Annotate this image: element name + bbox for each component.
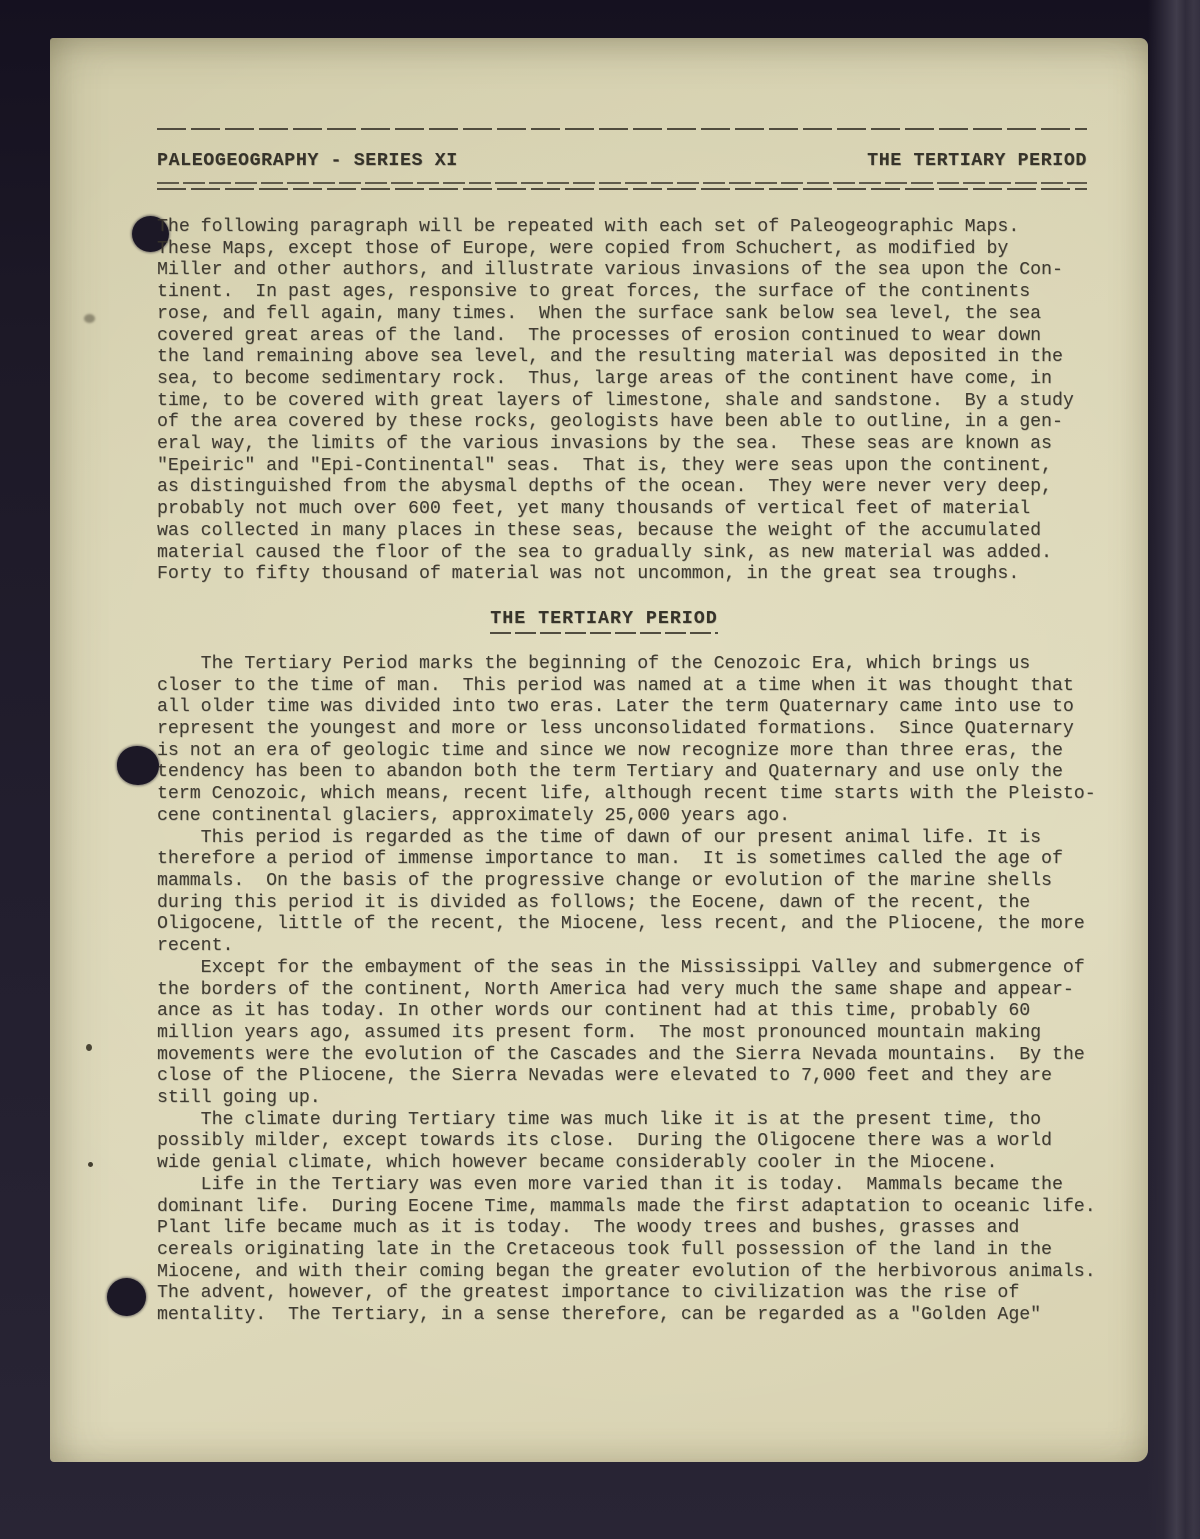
page-header: PALEOGEOGRAPHY - SERIES XI THE TERTIARY … <box>157 150 1087 172</box>
ink-speck <box>84 314 95 323</box>
series-title: PALEOGEOGRAPHY - SERIES XI <box>157 150 458 172</box>
paragraph: Except for the embayment of the seas in … <box>157 958 1087 1110</box>
paragraph: The Tertiary Period marks the beginning … <box>157 654 1087 828</box>
punch-hole-middle <box>117 746 159 785</box>
ink-speck <box>88 1162 93 1167</box>
scan-background: PALEOGEOGRAPHY - SERIES XI THE TERTIARY … <box>0 0 1200 1539</box>
paragraph: This period is regarded as the time of d… <box>157 828 1087 958</box>
ink-speck <box>86 1044 92 1051</box>
page-title: THE TERTIARY PERIOD <box>867 150 1087 172</box>
binder-edge-shadow <box>1148 0 1200 1539</box>
document-page: PALEOGEOGRAPHY - SERIES XI THE TERTIARY … <box>50 38 1148 1462</box>
paragraph: The climate during Tertiary time was muc… <box>157 1110 1087 1175</box>
header-top-rule <box>157 128 1087 130</box>
section-heading-row: THE TERTIARY PERIOD <box>139 609 1069 634</box>
paragraph: Life in the Tertiary was even more varie… <box>157 1175 1087 1327</box>
section-heading: THE TERTIARY PERIOD <box>490 609 717 634</box>
punch-hole-bottom <box>107 1278 146 1316</box>
header-bottom-rule-upper <box>157 182 1087 184</box>
header-bottom-rule-lower <box>157 188 1087 190</box>
document-body: The following paragraph will be repeated… <box>157 217 1087 1327</box>
paragraph: The following paragraph will be repeated… <box>157 217 1087 586</box>
